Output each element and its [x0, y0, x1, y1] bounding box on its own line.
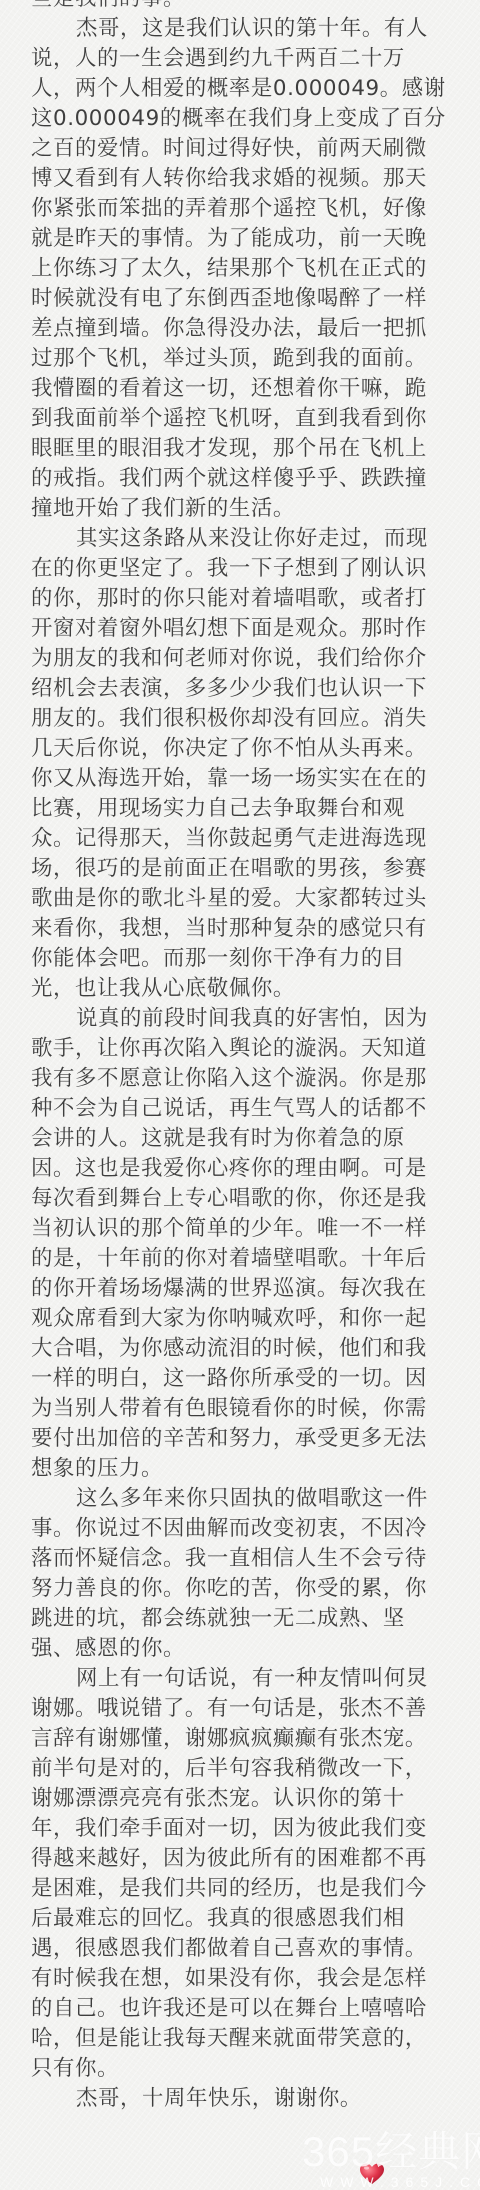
text-line: 绍机会去表演，多多少少我们也认识一下 [31, 674, 431, 704]
text-line: 每次看到舞台上专心唱歌的你，你还是我 [31, 1184, 431, 1214]
text-line: 只有你。 [31, 2054, 431, 2084]
text-line: 的戒指。我们两个就这样傻乎乎、跌跌撞 [31, 464, 431, 494]
text-line: 哈，但是能让我每天醒来就面带笑意的， [31, 2024, 431, 2054]
paragraph-start-line: 这么多年来你只固执的做唱歌这一件 [31, 1484, 431, 1514]
text-line: 前半句是对的，后半句容我稍微改一下， [31, 1754, 431, 1784]
text-line: 谢娜漂漂亮亮有张杰宠。认识你的第十 [31, 1784, 431, 1814]
text-line: 的你开着场场爆满的世界巡演。每次我在 [31, 1274, 431, 1304]
text-line: 的自己。也许我还是可以在舞台上嘻嘻哈 [31, 1994, 431, 2024]
text-line: 歌曲是你的歌北斗星的爱。大家都转过头 [31, 884, 431, 914]
red-heart-icon [360, 2163, 384, 2185]
text-line: 的是，十年前的你对着墙壁唱歌。十年后 [31, 1244, 431, 1274]
text-line: 言辞有谢娜懂，谢娜疯疯癫癫有张杰宠。 [31, 1724, 431, 1754]
text-line: 撞地开始了我们新的生活。 [31, 494, 431, 524]
text-line: 的你，那时的你只能对着墙唱歌，或者打 [31, 584, 431, 614]
text-line: 过那个飞机，举过头顶，跪到我的面前。 [31, 344, 431, 374]
text-line: 谢娜。哦说错了。有一句话是，张杰不善 [31, 1694, 431, 1724]
text-line: 会讲的人。这就是我有时为你着急的原 [31, 1124, 431, 1154]
text-line: 这0.000049的概率在我们身上变成了百分 [31, 104, 431, 134]
text-line: 跳进的坑，都会练就独一无二成熟、坚 [31, 1604, 431, 1634]
text-line: 有时候我在想，如果没有你，我会是怎样 [31, 1964, 431, 1994]
text-line: 众。记得那天，当你鼓起勇气走进海选现 [31, 824, 431, 854]
text-line: 落而怀疑信念。我一直相信人生不会亏待 [31, 1544, 431, 1574]
text-line: 事。你说过不因曲解而改变初衷，不因冷 [31, 1514, 431, 1544]
text-line: 努力善良的你。你吃的苦，你受的累，你 [31, 1574, 431, 1604]
text-line: 光，也让我从心底敬佩你。 [31, 974, 431, 1004]
text-line: 上你练习了太久，结果那个飞机在正式的 [31, 254, 431, 284]
text-line: 些是我们的事。 [31, 0, 431, 14]
text-line: 你能体会吧。而那一刻你干净有力的目 [31, 944, 431, 974]
text-line: 说，人的一生会遇到约九千两百二十万 [31, 44, 431, 74]
text-line: 强、感恩的你。 [31, 1634, 431, 1664]
paragraph-start-line: 网上有一句话说，有一种友情叫何炅 [31, 1664, 431, 1694]
letter-body: 些是我们的事。杰哥，这是我们认识的第十年。有人说，人的一生会遇到约九千两百二十万… [31, 0, 431, 2114]
text-line: 我懵圈的看着这一切，还想着你干嘛，跪 [31, 374, 431, 404]
text-line: 博又看到有人转你给我求婚的视频。那天 [31, 164, 431, 194]
paragraph-start-line: 杰哥，十周年快乐，谢谢你。 [31, 2084, 431, 2114]
text-line: 你紧张而笨拙的弄着那个遥控飞机，好像 [31, 194, 431, 224]
text-line: 要付出加倍的辛苦和努力，承受更多无法 [31, 1424, 431, 1454]
paragraph-start-line: 其实这条路从来没让你好走过，而现 [31, 524, 431, 554]
text-line: 你又从海选开始，靠一场一场实实在在的 [31, 764, 431, 794]
text-line: 歌手，让你再次陷入舆论的漩涡。天知道 [31, 1034, 431, 1064]
text-line: 眼眶里的眼泪我才发现，那个吊在飞机上 [31, 434, 431, 464]
paragraph-start-line: 杰哥，这是我们认识的第十年。有人 [31, 14, 431, 44]
text-line: 得越来越好，因为彼此所有的困难都不再 [31, 1844, 431, 1874]
text-line: 到我面前举个遥控飞机呀，直到我看到你 [31, 404, 431, 434]
text-line: 一样的明白，这一路你所承受的一切。因 [31, 1364, 431, 1394]
text-line: 场，很巧的是前面正在唱歌的男孩，参赛 [31, 854, 431, 884]
text-line: 朋友的。我们很积极你却没有回应。消失 [31, 704, 431, 734]
text-line: 种不会为自己说话，再生气骂人的话都不 [31, 1094, 431, 1124]
paragraph-start-line: 说真的前段时间我真的好害怕，因为 [31, 1004, 431, 1034]
text-line: 观众席看到大家为你呐喊欢呼，和你一起 [31, 1304, 431, 1334]
text-line: 时候就没有电了东倒西歪地像喝醉了一样 [31, 284, 431, 314]
text-line: 差点撞到墙。你急得没办法，最后一把抓 [31, 314, 431, 344]
text-line: 想象的压力。 [31, 1454, 431, 1484]
text-line: 比赛，用现场实力自己去争取舞台和观 [31, 794, 431, 824]
text-line: 就是昨天的事情。为了能成功，前一天晚 [31, 224, 431, 254]
text-line: 为朋友的我和何老师对你说，我们给你介 [31, 644, 431, 674]
text-line: 开窗对着窗外唱幻想下面是观众。那时作 [31, 614, 431, 644]
text-line: 我有多不愿意让你陷入这个漩涡。你是那 [31, 1064, 431, 1094]
text-line: 因。这也是我爱你心疼你的理由啊。可是 [31, 1154, 431, 1184]
text-line: 之百的爱情。时间过得好快，前两天刷微 [31, 134, 431, 164]
text-line: 当初认识的那个简单的少年。唯一不一样 [31, 1214, 431, 1244]
text-line: 人，两个人相爱的概率是0.000049。感谢 [31, 74, 431, 104]
text-line: 在的你更坚定了。我一下子想到了刚认识 [31, 554, 431, 584]
text-line: 年，我们牵手面对一切，因为彼此我们变 [31, 1814, 431, 1844]
text-line: 为当别人带着有色眼镜看你的时候，你需 [31, 1394, 431, 1424]
watermark-url: WWW.365J.COM [320, 2174, 480, 2190]
text-line: 是困难，是我们共同的经历，也是我们今 [31, 1874, 431, 1904]
text-line: 来看你，我想，当时那种复杂的感觉只有 [31, 914, 431, 944]
text-line: 后最难忘的回忆。我真的很感恩我们相 [31, 1904, 431, 1934]
text-line: 大合唱，为你感动流泪的时候，他们和我 [31, 1334, 431, 1364]
text-line: 几天后你说，你决定了你不怕从头再来。 [31, 734, 431, 764]
watermark-title: 365经典网 [302, 2130, 480, 2174]
text-line: 遇，很感恩我们都做着自己喜欢的事情。 [31, 1934, 431, 1964]
